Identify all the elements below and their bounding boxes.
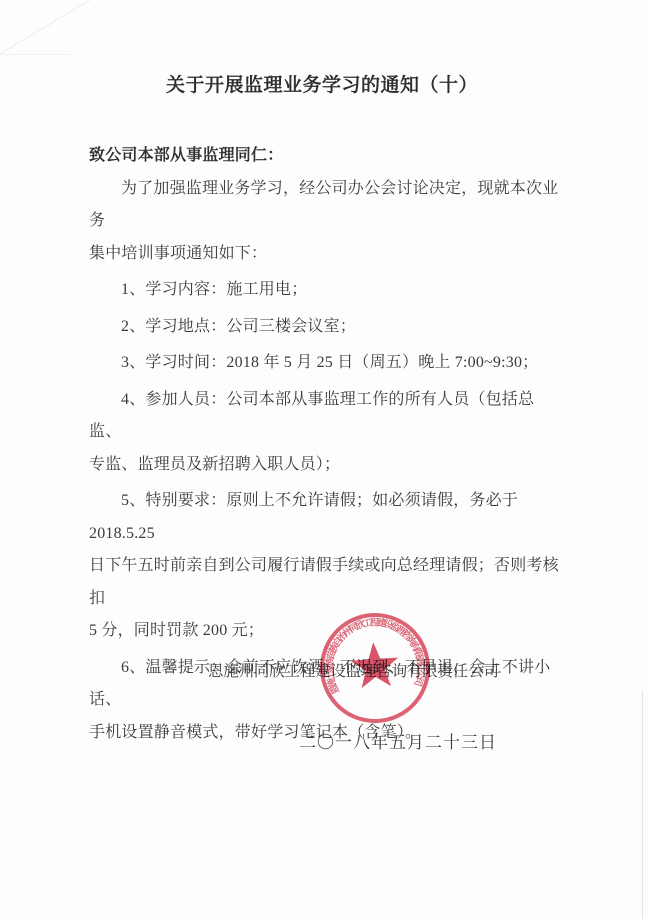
item-2-study-location: 2、学习地点：公司三楼会议室； (89, 311, 559, 344)
salutation: 致公司本部从事监理同仁： (89, 140, 559, 173)
scan-artifact-vertical-line (642, 690, 643, 919)
scan-artifact-horizontal-line (0, 54, 70, 55)
scanned-document-page: 关于开展监理业务学习的通知（十） 致公司本部从事监理同仁： 为了加强监理业务学习… (0, 0, 650, 919)
item-3-study-time: 3、学习时间：2018 年 5 月 25 日（周五）晚上 7:00~9:30； (89, 347, 559, 380)
document-title: 关于开展监理业务学习的通知（十） (0, 70, 644, 97)
intro-paragraph: 为了加强监理业务学习，经公司办公会讨论决定，现就本次业务 集中培训事项通知如下： (89, 173, 559, 271)
scan-artifact-diagonal-line (0, 0, 90, 58)
item-1-study-content: 1、学习内容：施工用电； (89, 274, 559, 307)
seal-star-icon (349, 640, 400, 688)
company-seal-stamp: 恩施土家族苗族自治州同欣工程建设监理咨询有限责任公司 (300, 593, 449, 742)
item-4-participants: 4、参加人员：公司本部从事监理工作的所有人员（包括总监、 专监、监理员及新招聘入… (89, 384, 559, 482)
